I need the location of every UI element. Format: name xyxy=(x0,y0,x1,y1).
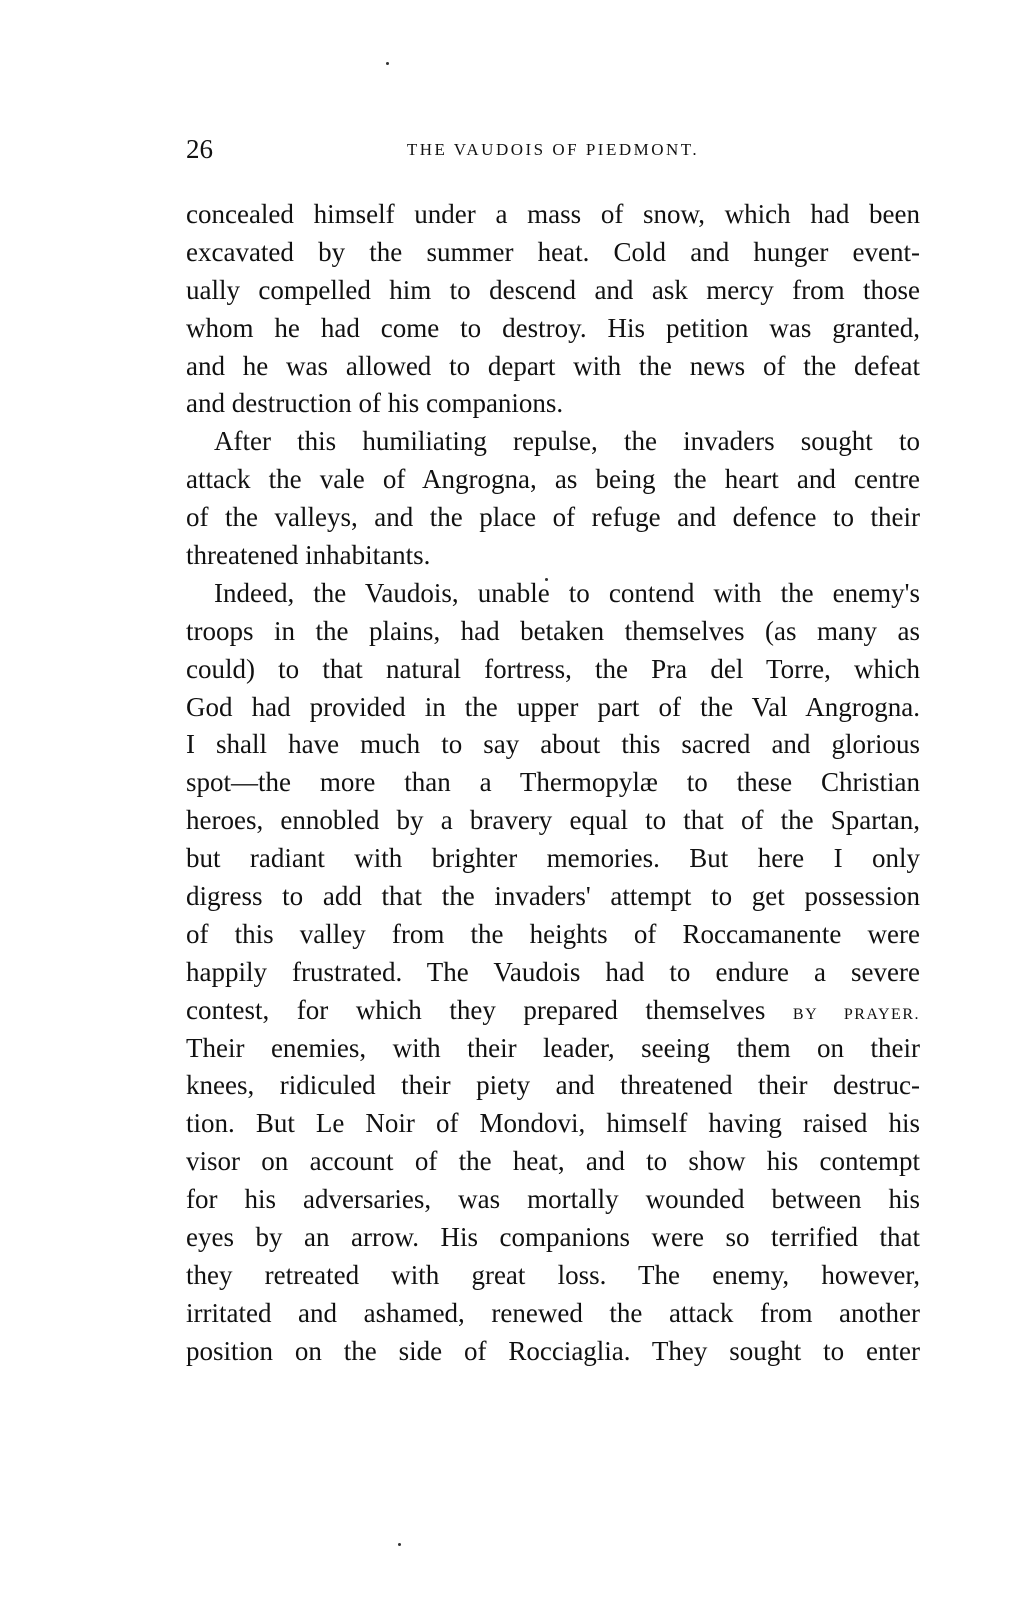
text-line: God had provided in the upper part of th… xyxy=(186,689,920,727)
page-header: 26 THE VAUDOIS OF PIEDMONT. xyxy=(186,134,920,174)
text-line: could) to that natural fortress, the Pra… xyxy=(186,651,920,689)
text-line: I shall have much to say about this sacr… xyxy=(186,726,920,764)
text-line: of this valley from the heights of Rocca… xyxy=(186,916,920,954)
text-line: concealed himself under a mass of snow, … xyxy=(186,196,920,234)
paragraph-start-line: Indeed, the Vaudois, unable to contend w… xyxy=(186,575,920,613)
scan-speck xyxy=(386,62,389,65)
text-line: troops in the plains, had betaken themse… xyxy=(186,613,920,651)
line-text: contest, for which they prepared themsel… xyxy=(186,995,765,1025)
text-line: threatened inhabitants. xyxy=(186,537,920,575)
text-line: for his adversaries, was mortally wounde… xyxy=(186,1181,920,1219)
text-line: they retreated with great loss. The enem… xyxy=(186,1257,920,1295)
text-line: Their enemies, with their leader, seeing… xyxy=(186,1030,920,1068)
text-line: eyes by an arrow. His companions were so… xyxy=(186,1219,920,1257)
text-line: attack the vale of Angrogna, as being th… xyxy=(186,461,920,499)
text-line: of the valleys, and the place of refuge … xyxy=(186,499,920,537)
text-line: and destruction of his companions. xyxy=(186,385,920,423)
text-line: digress to add that the invaders' attemp… xyxy=(186,878,920,916)
text-line: spot—the more than a Thermopylæ to these… xyxy=(186,764,920,802)
scan-speck xyxy=(398,1543,401,1546)
text-line: but radiant with brighter memories. But … xyxy=(186,840,920,878)
book-page: 26 THE VAUDOIS OF PIEDMONT. concealed hi… xyxy=(0,0,1036,1622)
text-line: heroes, ennobled by a bravery equal to t… xyxy=(186,802,920,840)
text-line: tion. But Le Noir of Mondovi, himself ha… xyxy=(186,1105,920,1143)
text-line: and he was allowed to depart with the ne… xyxy=(186,348,920,386)
text-line: irritated and ashamed, renewed the attac… xyxy=(186,1295,920,1333)
text-line: position on the side of Rocciaglia. They… xyxy=(186,1333,920,1371)
body-text: concealed himself under a mass of snow, … xyxy=(186,196,920,1371)
running-title: THE VAUDOIS OF PIEDMONT. xyxy=(186,140,920,160)
paragraph-start-line: After this humiliating repulse, the inva… xyxy=(186,423,920,461)
text-line: visor on account of the heat, and to sho… xyxy=(186,1143,920,1181)
text-line: whom he had come to destroy. His petitio… xyxy=(186,310,920,348)
text-line: excavated by the summer heat. Cold and h… xyxy=(186,234,920,272)
scan-speck xyxy=(545,578,548,581)
smallcaps-emphasis: BY PRAYER. xyxy=(793,1006,920,1023)
text-line-with-smallcaps: contest, for which they prepared themsel… xyxy=(186,992,920,1030)
text-line: ually compelled him to descend and ask m… xyxy=(186,272,920,310)
text-line: knees, ridiculed their piety and threate… xyxy=(186,1067,920,1105)
text-line: happily frustrated. The Vaudois had to e… xyxy=(186,954,920,992)
